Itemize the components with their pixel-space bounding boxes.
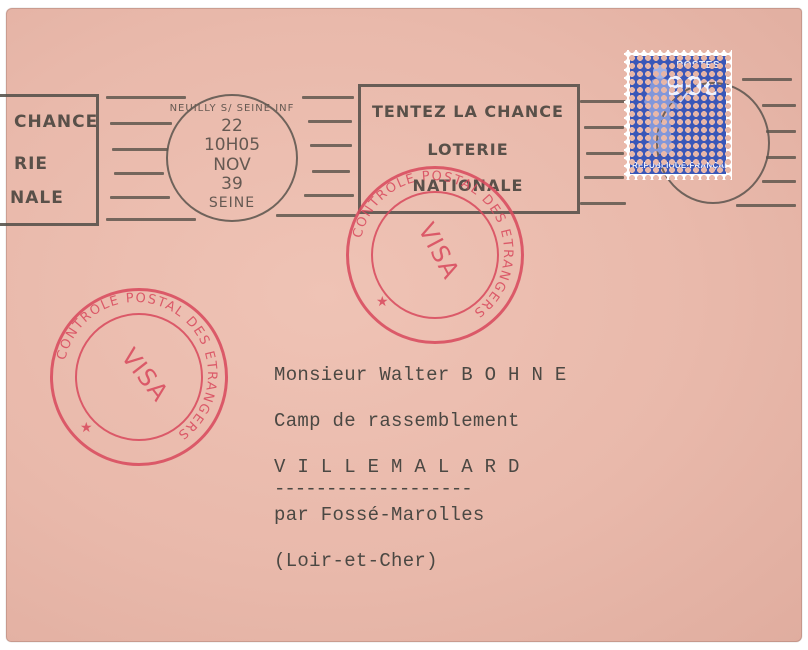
- cancel-line: [106, 218, 196, 221]
- censor-seal-left: CONTROLE POSTAL DES ETRANGERS ★ VISA: [50, 288, 228, 466]
- left-slogan-line1: CHANCE: [14, 112, 98, 132]
- cancel-line: [736, 204, 796, 207]
- cancel-line: [762, 180, 796, 183]
- cancel-line: [584, 126, 624, 129]
- address-line3: V I L L E M A L A R D: [274, 456, 520, 478]
- cancel-line: [584, 176, 624, 179]
- star-icon: ★: [376, 293, 389, 309]
- cancel-line: [766, 156, 796, 159]
- cancel-line: [112, 148, 168, 151]
- postmark-day: 22: [168, 118, 296, 135]
- date-postmark: NEUILLY S/ SEINE INF 22 10H05 NOV 39 SEI…: [166, 94, 298, 222]
- cancel-line: [310, 144, 352, 147]
- postmark-city: NEUILLY S/ SEINE INF: [168, 104, 296, 114]
- address-separator: -------------------: [274, 478, 472, 500]
- stamp-value: 90c: [666, 72, 718, 102]
- postage-stamp: POSTES 90c REPUBLIQUE·FRANÇAISE: [624, 50, 732, 180]
- left-slogan-line3: NALE: [10, 188, 64, 208]
- cancel-line: [580, 100, 626, 103]
- cancel-line: [586, 152, 624, 155]
- stamp-country: REPUBLIQUE·FRANÇAISE: [632, 161, 724, 170]
- left-slogan-line2: RIE: [14, 154, 48, 174]
- postmark-time: 10H05: [168, 137, 296, 154]
- censor-seal-top: CONTROLE POSTAL DES ETRANGERS ★ VISA: [346, 166, 524, 344]
- slogan-line2: LOTERIE: [362, 140, 574, 159]
- cancel-line: [580, 202, 626, 205]
- cancel-line: [276, 214, 356, 217]
- postmark-department: SEINE: [168, 196, 296, 210]
- cancel-line: [110, 122, 172, 125]
- cancel-line: [766, 130, 796, 133]
- slogan-line1: TENTEZ LA CHANCE: [362, 102, 574, 121]
- cancel-line: [110, 196, 170, 199]
- postmark-year: 39: [168, 176, 296, 193]
- envelope: CHANCE RIE NALE NEUILLY S/ SEINE INF 22 …: [6, 8, 802, 642]
- cancel-line: [762, 104, 796, 107]
- cancel-line: [308, 120, 352, 123]
- cancel-line: [312, 170, 350, 173]
- stamp-header: POSTES: [676, 60, 720, 71]
- cancel-line: [302, 96, 354, 99]
- star-icon: ★: [80, 419, 93, 435]
- address-line5: (Loir-et-Cher): [274, 550, 438, 572]
- address-line4: par Fossé-Marolles: [274, 504, 485, 526]
- cancel-line: [106, 96, 186, 99]
- address-line1: Monsieur Walter B O H N E: [274, 364, 567, 386]
- cancel-line: [742, 78, 792, 81]
- address-line2: Camp de rassemblement: [274, 410, 520, 432]
- cancel-line: [114, 172, 164, 175]
- postmark-month: NOV: [168, 157, 296, 174]
